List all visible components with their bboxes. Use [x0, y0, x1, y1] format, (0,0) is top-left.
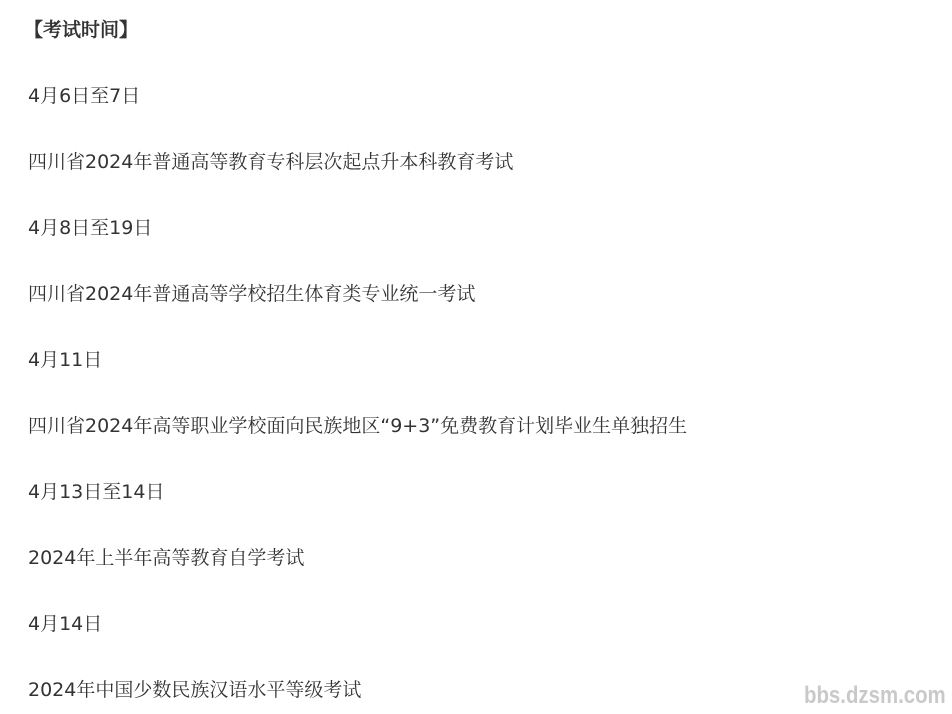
site-watermark: bbs.dzsm.com	[804, 682, 946, 710]
schedule-date: 4月8日至19日	[28, 216, 152, 240]
schedule-date: 4月6日至7日	[28, 84, 140, 108]
schedule-exam: 四川省2024年普通高等教育专科层次起点升本科教育考试	[28, 150, 513, 174]
schedule-exam: 四川省2024年普通高等学校招生体育类专业统一考试	[28, 282, 475, 306]
schedule-date: 4月11日	[28, 348, 102, 372]
schedule-date: 4月13日至14日	[28, 480, 164, 504]
schedule-date: 4月14日	[28, 612, 102, 636]
schedule-exam: 2024年中国少数民族汉语水平等级考试	[28, 678, 361, 702]
schedule-exam: 2024年上半年高等教育自学考试	[28, 546, 304, 570]
section-heading: 【考试时间】	[24, 18, 138, 42]
schedule-exam: 四川省2024年高等职业学校面向民族地区“9+3”免费教育计划毕业生单独招生	[28, 414, 687, 438]
